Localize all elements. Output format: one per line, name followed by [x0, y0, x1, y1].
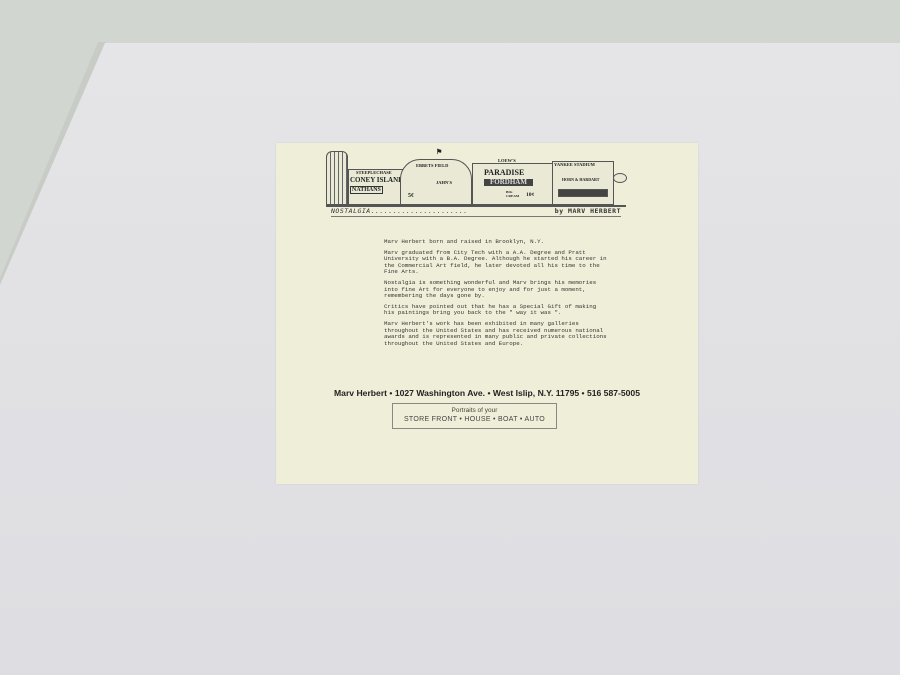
sign-ebbets-field: EBBETS FIELD	[416, 164, 448, 169]
paragraph-critics: Critics have pointed out that he has a S…	[384, 304, 609, 317]
sign-nathans: NATHANS	[350, 186, 383, 194]
dark-storefront	[558, 189, 608, 197]
flag-icon: ⚑	[436, 149, 442, 156]
nostalgia-tagline: NOSTALGIA...................... by MARV …	[331, 207, 621, 217]
portraits-services: STORE FRONT • HOUSE • BOAT • AUTO	[393, 416, 556, 423]
sign-horn-hardart: HORN & HARDART	[562, 178, 599, 182]
paragraph-nostalgia: Nostalgia is something wonderful and Mar…	[384, 280, 609, 300]
portraits-box: Portraits of your STORE FRONT • HOUSE • …	[392, 403, 557, 429]
sign-loews: LOEW'S	[498, 159, 516, 164]
sign-5-cents: 5¢	[408, 193, 414, 199]
paragraph-education: Marv graduated from City Tech with a A.A…	[384, 250, 609, 276]
sign-steeplechase: STEEPLECHASE	[356, 171, 392, 176]
sign-jahns: JAHN'S	[436, 181, 452, 186]
document-sheet: STEEPLECHASE CONEY ISLAND NATHANS ⚑ EBBE…	[276, 143, 698, 484]
portraits-heading: Portraits of your	[393, 407, 556, 414]
sign-10-cents: 10¢	[526, 193, 534, 199]
sign-paradise: PARADISE	[484, 169, 524, 177]
parachute-tower-icon	[326, 151, 348, 205]
round-sign-icon	[613, 173, 627, 183]
yankee-stadium-building	[552, 161, 614, 205]
sign-yankee-stadium: YANKEE STADIUM	[554, 163, 595, 168]
contact-line: Marv Herbert • 1027 Washington Ave. • We…	[276, 388, 698, 398]
tagline-author: by MARV HERBERT	[555, 207, 621, 215]
sign-coney-island: CONEY ISLAND	[350, 177, 403, 184]
sign-fordham: FORDHAM	[484, 179, 533, 186]
tagline-title: NOSTALGIA......................	[331, 207, 468, 215]
biography-text: Marv Herbert born and raised in Brooklyn…	[384, 239, 609, 351]
sign-big-cream: BIG CREAM	[506, 191, 520, 198]
skyline-illustration: STEEPLECHASE CONEY ISLAND NATHANS ⚑ EBBE…	[326, 147, 626, 207]
paragraph-born: Marv Herbert born and raised in Brooklyn…	[384, 239, 609, 246]
paragraph-exhibitions: Marv Herbert's work has been exhibited i…	[384, 321, 609, 347]
